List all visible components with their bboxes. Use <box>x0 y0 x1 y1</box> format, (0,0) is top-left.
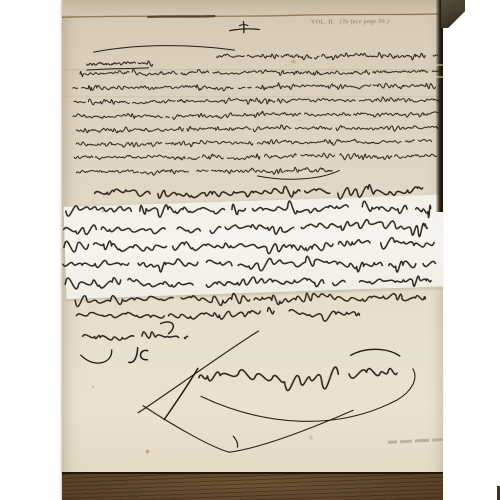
opening-line-script <box>217 52 438 61</box>
secretary-hand-paragraph <box>73 67 443 180</box>
manuscript-ink <box>62 0 443 500</box>
foxing-spot <box>308 435 314 440</box>
foxing-spot <box>91 385 95 389</box>
table-corner-patch <box>441 0 465 28</box>
caption-facing-page: (To face page 96.) <box>340 19 389 26</box>
crease-line <box>62 14 441 18</box>
autograph-paragraph <box>63 184 438 323</box>
foxing-spot <box>290 59 297 64</box>
farewell-script <box>83 322 188 341</box>
caption-volume: VOL. II. <box>311 19 335 25</box>
photo-plate: VOL. II.(To face page 96.) <box>62 0 443 500</box>
cross-icon <box>229 21 259 32</box>
book-page-edge <box>436 0 443 212</box>
salutation-script <box>87 45 235 70</box>
foxing-spot <box>101 209 105 213</box>
flourished-signature <box>81 330 416 453</box>
pen-monogram <box>129 348 148 363</box>
foxing-spot <box>145 449 150 454</box>
foxing-spot <box>102 492 105 495</box>
